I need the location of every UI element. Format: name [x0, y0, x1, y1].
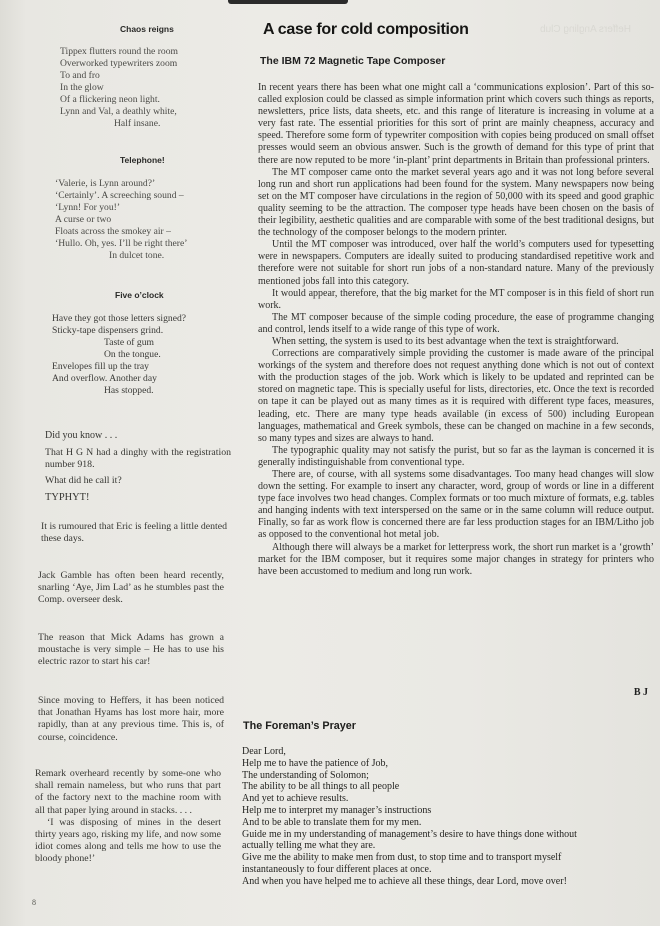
prayer-line: And yet to achieve results. [242, 793, 648, 805]
article-title: A case for cold composition [263, 21, 469, 39]
poem-line: A curse or two [55, 214, 187, 226]
poem-telephone: ‘Valerie, is Lynn around?’ ‘Certainly’. … [55, 178, 187, 262]
article-paragraph: When setting, the system is used to its … [258, 336, 654, 348]
prayer-line: Give me the ability to make men from dus… [242, 852, 648, 864]
prayer-body: Dear Lord, Help me to have the patience … [242, 746, 648, 888]
article-paragraph: It would appear, therefore, that the big… [258, 288, 654, 312]
prayer-line: actually telling me what they are. [242, 840, 648, 852]
article-signoff: B J [634, 687, 648, 698]
poem-line: Have they got those letters signed? [52, 313, 186, 325]
did-you-know-text: That H G N had a dinghy with the registr… [45, 447, 231, 471]
poem-line: Overworked typewriters zoom [60, 58, 178, 70]
prayer-line: Help me to have the patience of Job, [242, 758, 648, 770]
article-paragraph: In recent years there has been what one … [258, 82, 654, 167]
poem-line: Of a flickering neon light. [60, 94, 178, 106]
poem-line: In dulcet tone. [55, 250, 187, 262]
article-paragraph: Although there will always be a market f… [258, 542, 654, 578]
did-you-know: Did you know . . . That H G N had a ding… [45, 430, 231, 504]
binding-edge [228, 0, 348, 4]
prayer-line: Guide me in my understanding of manageme… [242, 829, 648, 841]
poem-line: ‘Certainly’. A screeching sound – [55, 190, 187, 202]
article-subtitle: The IBM 72 Magnetic Tape Composer [260, 55, 445, 67]
poem-line: Tippex flutters round the room [60, 46, 178, 58]
note-mick-adams: The reason that Mick Adams has grown a m… [38, 632, 224, 669]
remark-intro: Remark overheard recently by some-one wh… [35, 768, 221, 817]
poem-line: Half insane. [60, 118, 178, 130]
poem-line: In the glow [60, 82, 178, 94]
magazine-page: Heffers Angling Club Chaos reigns Tippex… [0, 0, 660, 926]
did-you-know-answer: TYPHYT! [45, 492, 231, 504]
poem-line: Lynn and Val, a deathly white, [60, 106, 178, 118]
article-paragraph: Corrections are comparatively simple pro… [258, 348, 654, 445]
poem-chaos-reigns: Tippex flutters round the room Overworke… [60, 46, 178, 130]
prayer-line: And when you have helped me to achieve a… [242, 876, 648, 888]
poem-line: Has stopped. [52, 385, 186, 397]
did-you-know-question: What did he call it? [45, 475, 231, 487]
prayer-line: instantaneously to four different places… [242, 864, 648, 876]
poem-title-five-oclock: Five o’clock [115, 290, 164, 300]
poem-title-chaos-reigns: Chaos reigns [120, 24, 174, 34]
poem-line: Sticky-tape dispensers grind. [52, 325, 186, 337]
article-paragraph: The MT composer came onto the market sev… [258, 167, 654, 240]
prayer-line: And to be able to translate them for my … [242, 817, 648, 829]
bleed-through-text: Heffers Angling Club [540, 24, 631, 35]
did-you-know-heading: Did you know . . . [45, 430, 231, 442]
poem-line: And overflow. Another day [52, 373, 186, 385]
poem-title-telephone: Telephone! [120, 155, 165, 165]
article-body: In recent years there has been what one … [258, 82, 654, 578]
page-number: 8 [32, 898, 36, 907]
poem-line: On the tongue. [52, 349, 186, 361]
remark-quote: ‘I was disposing of mines in the desert … [35, 817, 221, 866]
poem-five-oclock: Have they got those letters signed? Stic… [52, 313, 186, 397]
poem-line: ‘Valerie, is Lynn around?’ [55, 178, 187, 190]
poem-line: Floats across the smokey air – [55, 226, 187, 238]
poem-line: To and fro [60, 70, 178, 82]
article-paragraph: The MT composer because of the simple co… [258, 312, 654, 336]
note-jonathan-hyams: Since moving to Heffers, it has been not… [38, 695, 224, 744]
poem-line: ‘Lynn! For you!’ [55, 202, 187, 214]
prayer-line: Help me to interpret my manager’s instru… [242, 805, 648, 817]
prayer-title: The Foreman’s Prayer [243, 720, 356, 732]
note-jack-gamble: Jack Gamble has often been heard recentl… [38, 570, 224, 607]
poem-line: Taste of gum [52, 337, 186, 349]
prayer-line: The understanding of Solomon; [242, 770, 648, 782]
poem-line: ‘Hullo. Oh, yes. I’ll be right there’ [55, 238, 187, 250]
article-paragraph: The typographic quality may not satisfy … [258, 445, 654, 469]
poem-line: Envelopes fill up the tray [52, 361, 186, 373]
note-eric: It is rumoured that Eric is feeling a li… [41, 521, 227, 545]
note-remark-overheard: Remark overheard recently by some-one wh… [35, 768, 221, 866]
prayer-line: Dear Lord, [242, 746, 648, 758]
article-paragraph: Until the MT composer was introduced, ov… [258, 239, 654, 287]
prayer-line: The ability to be all things to all peop… [242, 781, 648, 793]
article-paragraph: There are, of course, with all systems s… [258, 469, 654, 542]
